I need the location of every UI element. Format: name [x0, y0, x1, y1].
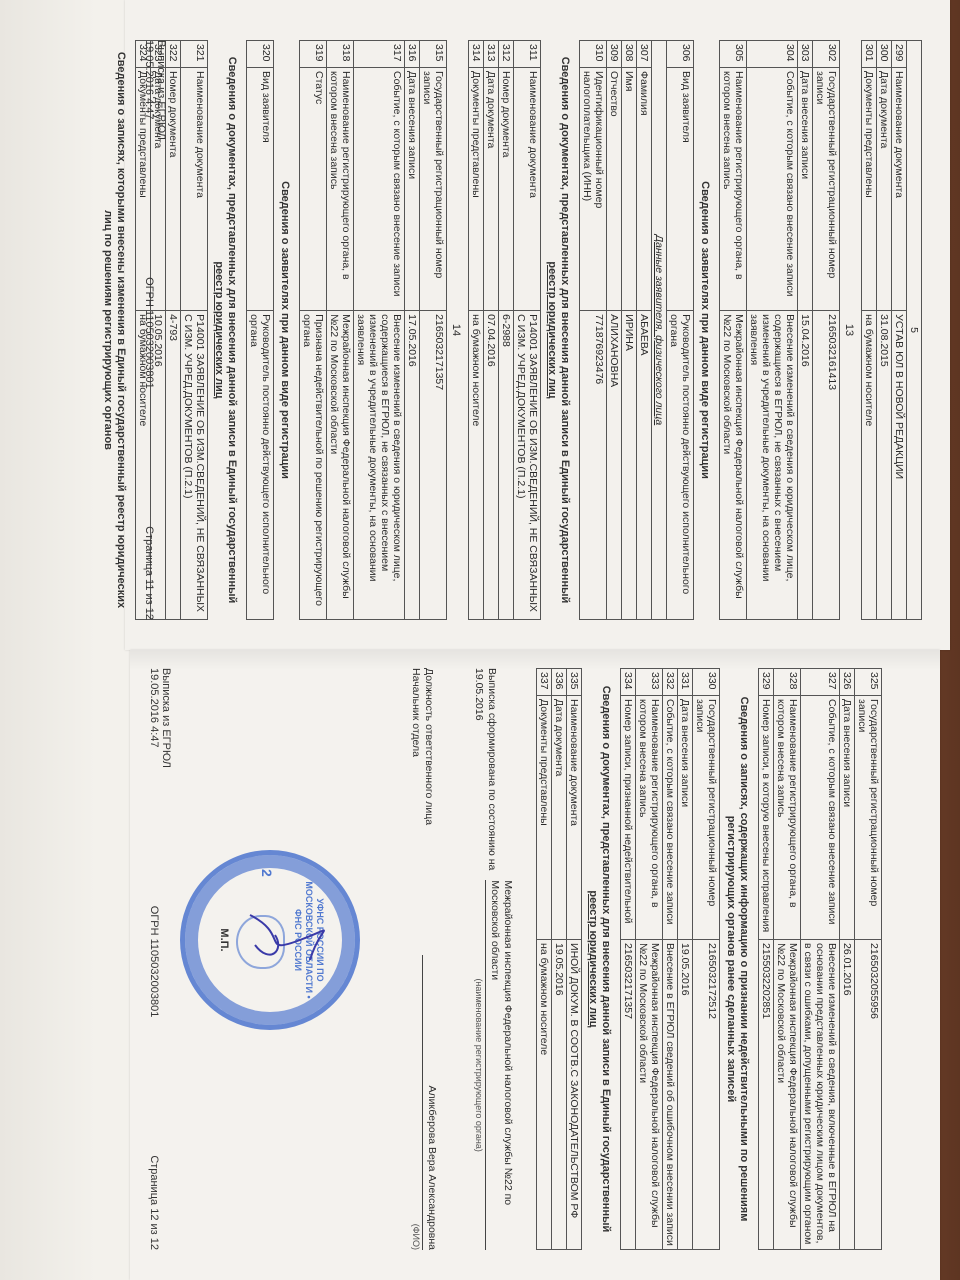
table-row: 300Дата документа31.08.2015: [877, 41, 892, 620]
footer-page-number: Страница 11 из 12: [143, 526, 155, 620]
row-label: Государственный регистрационный номер за…: [420, 68, 447, 311]
table-row: 325Государственный регистрационный номер…: [855, 669, 882, 1250]
row-number: 336: [552, 669, 567, 696]
table-row: 330Государственный регистрационный номер…: [693, 669, 720, 1250]
table-row: 308ИмяИРИНА: [622, 41, 637, 620]
row-number: 327: [801, 669, 840, 696]
row-number: 318: [327, 41, 354, 68]
signature-block: Выписка сформирована по состоянию на 19.…: [409, 668, 514, 1250]
section-title: Сведения о документах, представленных дл…: [212, 40, 238, 620]
row-label: Наименование регистрирующего органа, в к…: [720, 68, 747, 311]
row-label: Имя: [622, 68, 637, 311]
row-value: 31.08.2015: [877, 311, 892, 620]
row-value: Руководитель постоянно действующего испо…: [247, 311, 274, 620]
table-row: 321Наименование документаР14001 ЗАЯВЛЕНИ…: [181, 41, 208, 620]
row-label: Номер записи, в которую внесены исправле…: [759, 696, 774, 940]
table-row: 317Событие, с которым связано внесение з…: [354, 41, 405, 620]
row-label: Событие, с которым связано внесение запи…: [354, 68, 405, 311]
row-number: 320: [247, 41, 274, 68]
row-value: Р14001 ЗАЯВЛЕНИЕ ОБ ИЗМ.СВЕДЕНИЙ, НЕ СВЯ…: [181, 311, 208, 620]
row-number: 311: [514, 41, 541, 68]
person-subheader: Данные заявителя, физического лица: [652, 41, 667, 620]
table-row: 326Дата внесения записи26.01.2016: [840, 669, 855, 1250]
row-label: Фамилия: [637, 68, 652, 311]
row-number: 309: [607, 41, 622, 68]
row-value: 26.01.2016: [840, 940, 855, 1250]
table-row: 318Наименование регистрирующего органа, …: [327, 41, 354, 620]
table-row: 319СтатусПризнана недействительной по ре…: [300, 41, 327, 620]
row-number: 312: [499, 41, 514, 68]
row-value: 2155032202851: [759, 940, 774, 1250]
row-number: 307: [637, 41, 652, 68]
table-row: 336Дата документа19.05.2016: [552, 669, 567, 1250]
row-number: 316: [405, 41, 420, 68]
row-number: 334: [621, 669, 636, 696]
row-label: Дата документа: [877, 68, 892, 311]
row-number: 302: [813, 41, 840, 68]
position-label: Должность ответственного лица Начальник …: [409, 668, 435, 825]
table-row: 311Наименование документаР14001 ЗАЯВЛЕНИ…: [514, 41, 541, 620]
row-value: 2165032055956: [855, 940, 882, 1250]
row-value: 4-793: [166, 311, 181, 620]
row-value: 2165032172512: [693, 940, 720, 1250]
row-label: Номер документа: [499, 68, 514, 311]
row-value: Руководитель постоянно действующего испо…: [667, 311, 694, 620]
row-number: 331: [678, 669, 693, 696]
row-value: 2165032161413: [813, 311, 840, 620]
page-12: 325Государственный регистрационный номер…: [130, 650, 940, 1280]
row-value: 17.05.2016: [405, 311, 420, 620]
table-invalidated-records: 330Государственный регистрационный номер…: [620, 668, 720, 1250]
table-row: 328Наименование регистрирующего органа, …: [774, 669, 801, 1250]
row-value: 19.05.2016: [678, 940, 693, 1250]
row-number: 335: [567, 669, 582, 696]
row-number: 303: [798, 41, 813, 68]
table-row: 337Документы представленына бумажном нос…: [537, 669, 552, 1250]
row-number: 321: [181, 41, 208, 68]
row-value: 2165032171357: [420, 311, 447, 620]
row-label: Идентификационный номер налогоплательщик…: [580, 68, 607, 311]
row-value: АЛИХАНОВНА: [607, 311, 622, 620]
row-number: 315: [420, 41, 447, 68]
table-row: 314Документы представленына бумажном нос…: [469, 41, 484, 620]
row-label: Событие, с которым связано внесение запи…: [663, 696, 678, 940]
signature-scribble: [240, 905, 330, 975]
table-row: 327Событие, с которым связано внесение з…: [801, 669, 840, 1250]
row-label: Вид заявителя: [667, 68, 694, 311]
row-value: Внесение в ЕГРЮЛ сведений об ошибочном в…: [663, 940, 678, 1250]
row-number: 308: [622, 41, 637, 68]
footer-page-number: Страница 12 из 12: [148, 1155, 160, 1250]
page-footer: Выписка из ЕГРЮЛ 19.05.2016 4:47 ОГРН 11…: [143, 40, 167, 620]
row-label: Дата внесения записи: [405, 68, 420, 311]
row-value: Межрайонная инспекция Федеральной налого…: [720, 311, 747, 620]
page-fold-shadow: [130, 650, 940, 670]
row-number: 329: [759, 669, 774, 696]
section-title: Сведения о заявителях при данном виде ре…: [278, 40, 291, 620]
table-row: 316Дата внесения записи17.05.2016: [405, 41, 420, 620]
page-footer: Выписка из ЕГРЮЛ 19.05.2016 4:47 ОГРН 11…: [148, 668, 172, 1250]
row-value: 19.05.2016: [552, 940, 567, 1250]
record-number: 13: [843, 40, 855, 620]
table-docs-invalidation: 335Наименование документаИНОЙ ДОКУМ. В С…: [536, 668, 582, 1250]
row-number: 337: [537, 669, 552, 696]
row-value: на бумажном носителе: [862, 311, 877, 620]
row-label: Документы представлены: [537, 696, 552, 940]
row-label: Номер документа: [166, 68, 181, 311]
row-value: Признана недействительной по решению рег…: [300, 311, 327, 620]
official-name: Аликберова Вера Александровна: [422, 955, 438, 1250]
table-row: 313Дата документа07.04.2016: [484, 41, 499, 620]
row-number: 310: [580, 41, 607, 68]
table-row: 306Вид заявителяРуководитель постоянно д…: [667, 41, 694, 620]
row-label: Наименование регистрирующего органа, в к…: [327, 68, 354, 311]
table-row: 322Номер документа4-793: [166, 41, 181, 620]
row-number: 328: [774, 669, 801, 696]
table-row: 302Государственный регистрационный номер…: [813, 41, 840, 620]
row-label: Государственный регистрационный номер за…: [813, 68, 840, 311]
section-title: Сведения о документах, представленных дл…: [545, 40, 571, 620]
table-row: 303Дата внесения записи15.04.2016: [798, 41, 813, 620]
row-value: Межрайонная инспекция Федеральной налого…: [327, 311, 354, 620]
table-row: 334Номер записи, признанной недействител…: [621, 669, 636, 1250]
row-value: ИНОЙ ДОКУМ. В СООТВ.С ЗАКОНОДАТЕЛЬСТВОМ …: [567, 940, 582, 1250]
table-record-5-docs: 5 299Наименование документаУСТАВ ЮЛ В НО…: [861, 40, 922, 620]
row-label: Наименование регистрирующего органа, в к…: [774, 696, 801, 940]
row-value: Межрайонная инспекция Федеральной налого…: [636, 940, 663, 1250]
table-row: 315Государственный регистрационный номер…: [420, 41, 447, 620]
row-label: Статус: [300, 68, 327, 311]
table-applicants-14: 320Вид заявителяРуководитель постоянно д…: [246, 40, 274, 620]
row-value: на бумажном носителе: [537, 940, 552, 1250]
row-label: Наименование документа: [181, 68, 208, 311]
row-value: 2165032171357: [621, 940, 636, 1250]
section-title: Сведения о записях, которыми внесены изм…: [101, 40, 127, 620]
formed-org: Межрайонная инспекция Федеральной налого…: [485, 880, 514, 1250]
table-row: 310Идентификационный номер налогоплатель…: [580, 41, 607, 620]
table-row: 299Наименование документаУСТАВ ЮЛ В НОВО…: [892, 41, 907, 620]
row-value: Внесение изменений в сведения о юридичес…: [747, 311, 798, 620]
row-label: Дата документа: [552, 696, 567, 940]
row-number: 301: [862, 41, 877, 68]
row-label: Наименование документа: [514, 68, 541, 311]
table-row: 305Наименование регистрирующего органа, …: [720, 41, 747, 620]
table-row: 309ОтчествоАЛИХАНОВНА: [607, 41, 622, 620]
formed-label: Выписка сформирована по состоянию на 19.…: [472, 668, 498, 870]
row-value: 15.04.2016: [798, 311, 813, 620]
page-11: 5 299Наименование документаУСТАВ ЮЛ В НО…: [125, 0, 950, 650]
row-number: 319: [300, 41, 327, 68]
row-number: 314: [469, 41, 484, 68]
footer-ogrn: ОГРН 1105032003801: [143, 277, 155, 389]
row-number: 304: [747, 41, 798, 68]
row-value: 771876923476: [580, 311, 607, 620]
row-label: Отчество: [607, 68, 622, 311]
table-row: 335Наименование документаИНОЙ ДОКУМ. В С…: [567, 669, 582, 1250]
table-row: 304Событие, с которым связано внесение з…: [747, 41, 798, 620]
table-row: 331Дата внесения записи19.05.2016: [678, 669, 693, 1250]
row-label: Дата документа: [484, 68, 499, 311]
section-title: Сведения о заявителях при данном виде ре…: [698, 40, 711, 620]
row-value: 07.04.2016: [484, 311, 499, 620]
row-number: 332: [663, 669, 678, 696]
row-number: 317: [354, 41, 405, 68]
row-number: 300: [877, 41, 892, 68]
record-number: 5: [907, 41, 922, 620]
row-label: Вид заявителя: [247, 68, 274, 311]
row-label: Документы представлены: [862, 68, 877, 311]
row-label: Событие, с которым связано внесение запи…: [801, 696, 840, 940]
row-number: 333: [636, 669, 663, 696]
document-photo: 5 299Наименование документаУСТАВ ЮЛ В НО…: [0, 0, 960, 1280]
row-number: 305: [720, 41, 747, 68]
row-label: Дата внесения записи: [678, 696, 693, 940]
table-row: 332Событие, с которым связано внесение з…: [663, 669, 678, 1250]
table-row: 320Вид заявителяРуководитель постоянно д…: [247, 41, 274, 620]
table-applicants-13: 306Вид заявителяРуководитель постоянно д…: [579, 40, 694, 620]
table-record-13: 302Государственный регистрационный номер…: [719, 40, 840, 620]
row-value: 6-2988: [499, 311, 514, 620]
row-number: 325: [855, 669, 882, 696]
row-label: Номер записи, признанной недействительно…: [621, 696, 636, 940]
table-row: 333Наименование регистрирующего органа, …: [636, 669, 663, 1250]
row-value: АБАЕВА: [637, 311, 652, 620]
row-label: Наименование документа: [567, 696, 582, 940]
row-value: ИРИНА: [622, 311, 637, 620]
table-row: 312Номер документа6-2988: [499, 41, 514, 620]
footer-ogrn: ОГРН 1105032003801: [148, 906, 160, 1018]
row-value: Межрайонная инспекция Федеральной налого…: [774, 940, 801, 1250]
row-label: Дата внесения записи: [840, 696, 855, 940]
row-label: Государственный регистрационный номер за…: [693, 696, 720, 940]
row-number: 313: [484, 41, 499, 68]
row-label: Государственный регистрационный номер за…: [855, 696, 882, 940]
row-value: Внесение изменений в сведения, включенны…: [801, 940, 840, 1250]
table-docs-13: 311Наименование документаР14001 ЗАЯВЛЕНИ…: [468, 40, 541, 620]
row-label: Событие, с которым связано внесение запи…: [747, 68, 798, 311]
table-change-records: 325Государственный регистрационный номер…: [758, 668, 882, 1250]
row-label: Документы представлены: [469, 68, 484, 311]
section-title: Сведения о документах, представленных дл…: [586, 668, 612, 1250]
row-label: Наименование документа: [892, 68, 907, 311]
row-number: 330: [693, 669, 720, 696]
table-row: 329Номер записи, в которую внесены испра…: [759, 669, 774, 1250]
footer-extract-label: Выписка из ЕГРЮЛ 19.05.2016 4:47: [143, 40, 167, 140]
row-number: 326: [840, 669, 855, 696]
row-number: 306: [667, 41, 694, 68]
record-number: 14: [450, 40, 462, 620]
row-value: на бумажном носителе: [469, 311, 484, 620]
row-number: 299: [892, 41, 907, 68]
row-number: 322: [166, 41, 181, 68]
row-value: УСТАВ ЮЛ В НОВОЙ РЕДАКЦИИ: [892, 311, 907, 620]
row-value: Р14001 ЗАЯВЛЕНИЕ ОБ ИЗМ.СВЕДЕНИЙ, НЕ СВЯ…: [514, 311, 541, 620]
table-row: 301Документы представленына бумажном нос…: [862, 41, 877, 620]
row-label: Дата внесения записи: [798, 68, 813, 311]
section-title: Сведения о записях, содержащих информаци…: [724, 668, 750, 1250]
footer-extract-label: Выписка из ЕГРЮЛ 19.05.2016 4:47: [148, 668, 172, 768]
row-label: Наименование регистрирующего органа, в к…: [636, 696, 663, 940]
table-row: 307ФамилияАБАЕВА: [637, 41, 652, 620]
row-value: Внесение изменений в сведения о юридичес…: [354, 311, 405, 620]
table-record-14: 315Государственный регистрационный номер…: [299, 40, 447, 620]
